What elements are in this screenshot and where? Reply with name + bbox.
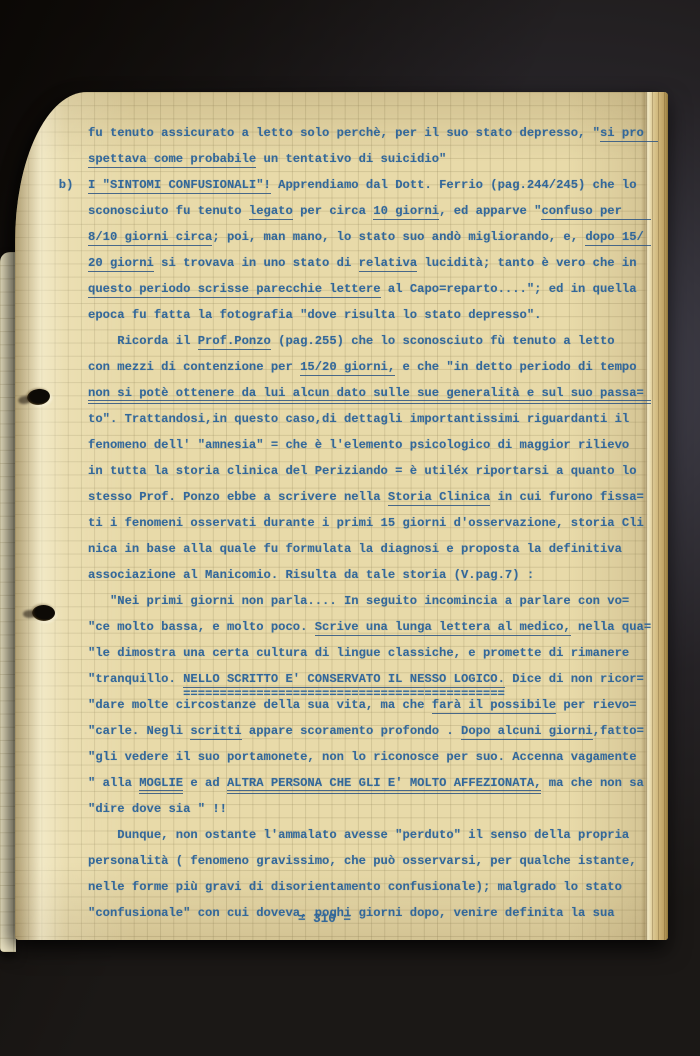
punch-hole [32,605,55,621]
text-segment: per circa [293,204,373,218]
text-line: spettava come probabile un tentativo di … [88,146,673,172]
text-line: in tutta la storia clinica del Periziand… [88,458,673,484]
text-segment: fenomeno dell' "amnesia" = che è l'eleme… [88,438,629,452]
underlined-text: relativa [359,256,418,272]
underlined-text: questo periodo scrisse parecchie lettere [88,282,381,298]
underlined-text: legato [249,204,293,220]
underlying-page-edge [0,252,16,952]
text-segment: "gli vedere il suo portamonete, non lo r… [88,750,637,764]
text-line: Dunque, non ostante l'ammalato avesse "p… [88,822,673,848]
text-segment: un tentativo di suicidio" [256,152,446,166]
text-segment: (pag.255) che lo sconosciuto fù tenuto a… [271,334,615,348]
underlined-text: 15/20 giorni, [300,360,395,376]
typewritten-text: fu tenuto assicurato a letto solo perchè… [88,120,673,926]
text-line: stesso Prof. Ponzo ebbe a scrivere nella… [88,484,673,510]
text-line: nelle forme più gravi di disorientamento… [88,874,673,900]
text-line: epoca fu fatta la fotografia "dove risul… [88,302,673,328]
text-segment: fu tenuto assicurato a letto solo perchè… [88,126,600,140]
text-segment: b) [59,178,88,192]
text-segment: appare scoramento profondo . [242,724,461,738]
text-segment: , ed apparve " [439,204,541,218]
underlined-text: 8/10 giorni circa [88,230,212,246]
underlined-text: Prof.Ponzo [198,334,271,350]
text-line: Ricorda il Prof.Ponzo (pag.255) che lo s… [88,328,673,354]
text-line: fu tenuto assicurato a letto solo perchè… [88,120,673,146]
text-line: "confusionale" con cui doveva, poghi gio… [88,900,673,926]
text-line: associazione al Manicomio. Risulta da ta… [88,562,673,588]
text-segment: al Capo=reparto...."; ed in quella [381,282,637,296]
text-line: "tranquillo. NELLO SCRITTO E' CONSERVATO… [88,666,673,692]
text-segment: Dice di non ricor= [505,672,644,686]
text-line: con mezzi di contenzione per 15/20 giorn… [88,354,673,380]
text-segment: "dire dove sia " !! [88,802,227,816]
text-segment: to". Trattandosi,in questo caso,di detta… [88,412,629,426]
text-segment: e ad [183,776,227,790]
text-segment: stesso Prof. Ponzo ebbe a scrivere nella [88,490,388,504]
text-segment: "ce molto bassa, e molto poco. [88,620,315,634]
text-line: personalità ( fenomeno gravissimo, che p… [88,848,673,874]
text-line: "dire dove sia " !! [88,796,673,822]
text-line: questo periodo scrisse parecchie lettere… [88,276,673,302]
page-number: = 310 = [298,912,351,926]
text-line: "le dimostra una certa cultura di lingue… [88,640,673,666]
underlined-text: ALTRA PERSONA CHE GLI E' MOLTO AFFEZIONA… [227,776,542,794]
text-line: 20 giorni si trovava in uno stato di rel… [88,250,673,276]
text-line: "gli vedere il suo portamonete, non lo r… [88,744,673,770]
text-segment: "carle. Negli [88,724,190,738]
text-segment: ; poi, man mano, lo stato suo andò migli… [212,230,585,244]
text-segment: con mezzi di contenzione per [88,360,300,374]
underlined-text: si pro [600,126,659,142]
text-segment: ti i fenomeni osservati durante i primi … [88,516,644,530]
text-segment: "dare molte circostanze della sua vita, … [88,698,432,712]
text-segment: per rievo= [556,698,636,712]
underlined-text: farà il possibile [432,698,556,714]
underlined-text: 10 giorni [373,204,439,220]
underlined-text: MOGLIE [139,776,183,794]
text-segment: "tranquillo. [88,672,183,686]
text-line: b) I "SINTOMI CONFUSIONALI"! Apprendiamo… [88,172,673,198]
text-segment: Ricorda il [117,334,197,348]
text-segment: Dunque, non ostante l'ammalato avesse "p… [117,828,629,842]
text-line: sconosciuto fu tenuto legato per circa 1… [88,198,673,224]
underlined-text: 20 giorni [88,256,154,272]
underlined-text: dopo 15/ [585,230,651,246]
text-line: to". Trattandosi,in questo caso,di detta… [88,406,673,432]
underlined-text: confuso per [541,204,651,220]
underlined-text: Storia Clinica [388,490,490,506]
text-line: 8/10 giorni circa; poi, man mano, lo sta… [88,224,673,250]
text-segment: in tutta la storia clinica del Periziand… [88,464,637,478]
text-segment: Apprendiamo dal Dott. Ferrio (pag.244/24… [271,178,637,192]
text-segment: ma che non sa [541,776,643,790]
text-line: "Nei primi giorni non parla.... In segui… [88,588,673,614]
text-segment: lucidità; tanto è vero che in [417,256,636,270]
text-segment: nella qua= [571,620,651,634]
text-segment: sconosciuto fu tenuto [88,204,249,218]
text-segment: " alla [88,776,139,790]
text-line: non si potè ottenere da lui alcun dato s… [88,380,673,406]
text-segment: in cui furono fissa= [490,490,644,504]
underlined-text: spettava come probabile [88,152,256,168]
text-line: "carle. Negli scritti appare scoramento … [88,718,673,744]
text-line: nica in base alla quale fu formulata la … [88,536,673,562]
text-segment: e che "in detto periodo di tempo [395,360,636,374]
text-segment: si trovava in uno stato di [154,256,359,270]
underlined-text: non si potè ottenere da lui alcun dato s… [88,386,651,404]
underlined-text: I "SINTOMI CONFUSIONALI"! [88,178,271,194]
punch-hole [26,387,51,406]
text-segment: "confusionale" con cui doveva, poghi gio… [88,906,615,920]
text-segment: personalità ( fenomeno gravissimo, che p… [88,854,637,868]
text-line: fenomeno dell' "amnesia" = che è l'eleme… [88,432,673,458]
text-segment: ,fatto= [593,724,644,738]
text-segment: nelle forme più gravi di disorientamento… [88,880,622,894]
text-segment: "le dimostra una certa cultura di lingue… [88,646,629,660]
text-segment: nica in base alla quale fu formulata la … [88,542,622,556]
document-page: fu tenuto assicurato a letto solo perchè… [15,92,668,940]
underlined-text: Scrive una lunga lettera al medico, [315,620,571,636]
text-segment: "Nei primi giorni non parla.... In segui… [110,594,629,608]
text-line: "dare molte circostanze della sua vita, … [88,692,673,718]
text-segment: epoca fu fatta la fotografia "dove risul… [88,308,541,322]
text-line: "ce molto bassa, e molto poco. Scrive un… [88,614,673,640]
underlined-text: Dopo alcuni giorni [461,724,593,740]
text-line: " alla MOGLIE e ad ALTRA PERSONA CHE GLI… [88,770,673,796]
text-line: ti i fenomeni osservati durante i primi … [88,510,673,536]
underlined-text: scritti [190,724,241,740]
text-segment: associazione al Manicomio. Risulta da ta… [88,568,534,582]
